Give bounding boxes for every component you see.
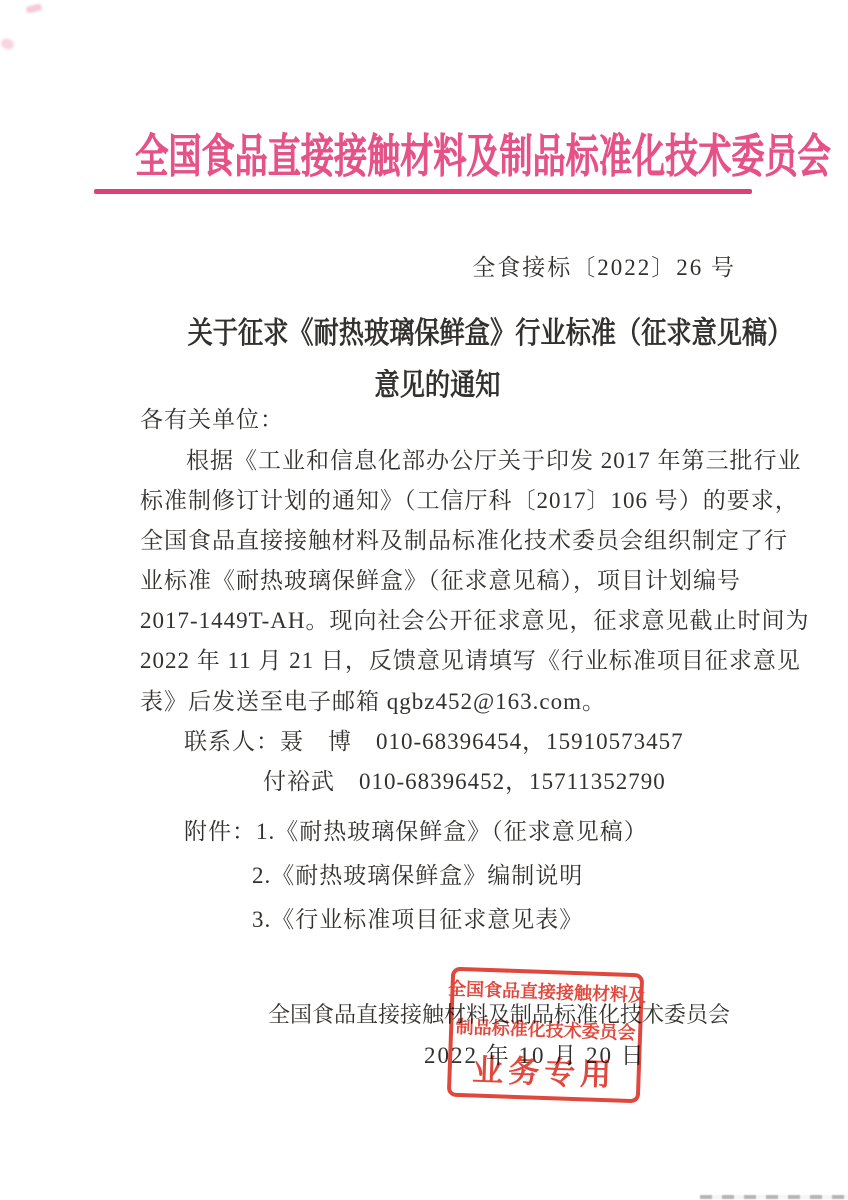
stamp-org-line1: 全国食品直接接触材料及 <box>448 978 647 1007</box>
letterhead-org-name: 全国食品直接接触材料及制品标准化技术委员会 <box>135 120 831 186</box>
contact-line-1: 联系人：聂 博 010-68396454，15910573457 <box>184 727 684 757</box>
body-line: 业标准《耐热玻璃保鲜盒》（征求意见稿），项目计划编号 <box>140 566 741 596</box>
letterhead-divider <box>94 189 752 194</box>
stamp-purpose-label: 业务专用 <box>472 1053 617 1092</box>
body-line: 标准制修订计划的通知》（工信厅科〔2017〕106 号）的要求， <box>140 486 799 516</box>
salutation: 各有关单位： <box>140 405 284 435</box>
document-number: 全食接标〔2022〕26 号 <box>472 249 736 282</box>
document-title-line1: 关于征求《耐热玻璃保鲜盒》行业标准（征求意见稿） <box>188 308 688 360</box>
document-title: 关于征求《耐热玻璃保鲜盒》行业标准（征求意见稿） 意见的通知 <box>140 308 735 412</box>
official-stamp: 全国食品直接接触材料及 制品标准化技术委员会 业务专用 <box>447 967 644 1104</box>
attachment-item-2: 2.《耐热玻璃保鲜盒》编制说明 <box>252 861 583 891</box>
letterhead: 全国食品直接接触材料及制品标准化技术委员会 <box>0 120 848 186</box>
scan-artifact-pink <box>25 3 42 14</box>
scan-artifact-smudge <box>700 1195 848 1199</box>
body-line: 表》后发送至电子邮箱 qgbz452@163.com。 <box>140 687 606 717</box>
body-line: 根据《工业和信息化部办公厅关于印发 2017 年第三批行业 <box>140 446 802 476</box>
contact-line-2: 付裕武 010-68396452，15711352790 <box>263 767 666 797</box>
document-page: 全国食品直接接触材料及制品标准化技术委员会 全食接标〔2022〕26 号 关于征… <box>0 0 848 1200</box>
body-line: 2022 年 11 月 21 日，反馈意见请填写《行业标准项目征求意见 <box>140 646 801 676</box>
body-line: 全国食品直接接触材料及制品标准化技术委员会组织制定了行 <box>140 526 788 556</box>
stamp-org-line2: 制品标准化技术委员会 <box>455 1015 636 1043</box>
body-line: 2017-1449T-AH。现向社会公开征求意见，征求意见截止时间为 <box>140 606 809 636</box>
attachment-item-1: 附件：1.《耐热玻璃保鲜盒》（征求意见稿） <box>184 817 648 847</box>
attachment-item-3: 3.《行业标准项目征求意见表》 <box>252 905 583 935</box>
scan-artifact-pink <box>0 37 15 51</box>
